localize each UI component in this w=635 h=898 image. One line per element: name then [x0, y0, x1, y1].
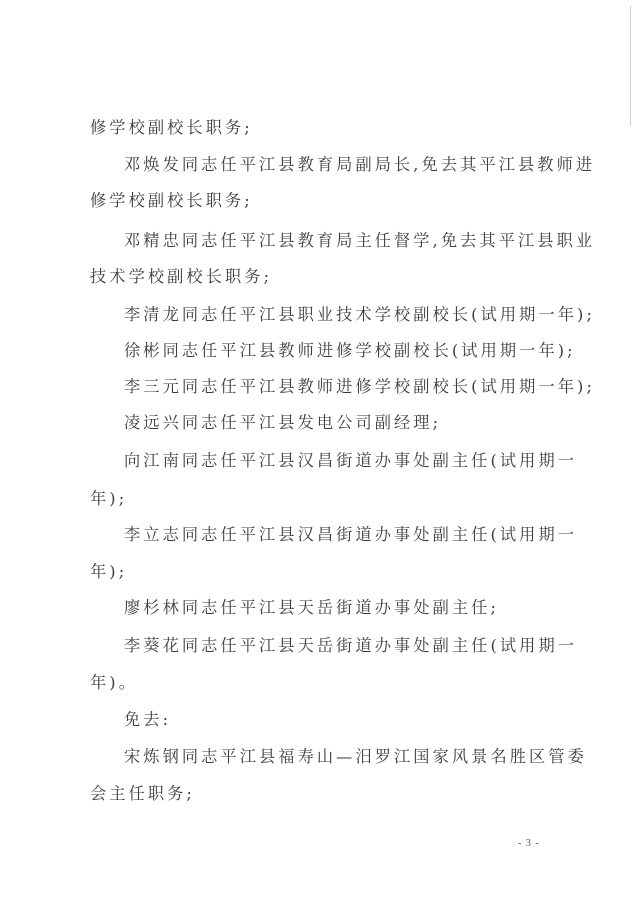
- text-line: 邓焕发同志任平江县教育局副局长,免去其平江县教师进: [124, 155, 595, 175]
- text-line: 李三元同志任平江县教师进修学校副校长(试用期一年);: [124, 377, 595, 397]
- text-line: 技术学校副校长职务;: [90, 267, 272, 287]
- text-line: 宋炼钢同志平江县福寿山—汨罗江国家风景名胜区管委: [124, 747, 587, 767]
- text-line: 年);: [90, 489, 127, 509]
- text-line: 徐彬同志任平江县教师进修学校副校长(试用期一年);: [124, 341, 576, 361]
- text-line: 年)。: [90, 673, 138, 693]
- text-line: 修学校副校长职务;: [90, 118, 253, 138]
- text-line: 修学校副校长职务;: [90, 191, 253, 211]
- page-number: - 3 -: [518, 838, 540, 849]
- text-line: 年);: [90, 562, 127, 582]
- text-line: 李葵花同志任平江县天岳街道办事处副主任(试用期一: [124, 636, 577, 656]
- text-line: 邓精忠同志任平江县教育局主任督学,免去其平江县职业: [124, 231, 595, 251]
- text-line: 免去:: [124, 710, 171, 730]
- text-line: 李立志同志任平江县汉昌街道办事处副主任(试用期一: [124, 525, 577, 545]
- document-page: 修学校副校长职务; 邓焕发同志任平江县教育局副局长,免去其平江县教师进 修学校副…: [0, 0, 635, 898]
- text-line: 会主任职务;: [90, 784, 195, 804]
- scan-edge-line: [630, 6, 631, 126]
- text-line: 向江南同志任平江县汉昌街道办事处副主任(试用期一: [124, 451, 577, 471]
- text-line: 凌远兴同志任平江县发电公司副经理;: [124, 413, 441, 433]
- text-line: 李清龙同志任平江县职业技术学校副校长(试用期一年);: [124, 305, 595, 325]
- text-line: 廖杉林同志任平江县天岳街道办事处副主任;: [124, 598, 499, 618]
